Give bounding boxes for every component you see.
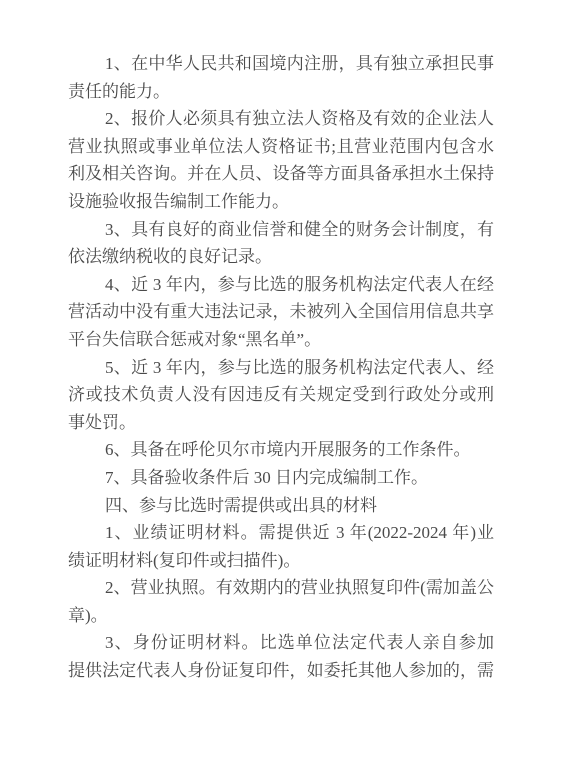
document-line: 5、近 3 年内，参与比选的服务机构法定代表人、经: [68, 354, 494, 382]
document-line: 1、在中华人民共和国境内注册，具有独立承担民事: [68, 50, 494, 78]
document-line: 依法缴纳税收的良好记录。: [68, 243, 494, 271]
document-body: 1、在中华人民共和国境内注册，具有独立承担民事责任的能力。2、报价人必须具有独立…: [68, 50, 494, 685]
document-line: 事处罚。: [68, 409, 494, 437]
document-line: 营活动中没有重大违法记录，未被列入全国信用信息共享: [68, 298, 494, 326]
document-page: 1、在中华人民共和国境内注册，具有独立承担民事责任的能力。2、报价人必须具有独立…: [0, 0, 562, 757]
document-line: 1、业绩证明材料。需提供近 3 年(2022-2024 年)业: [68, 519, 494, 547]
document-line: 绩证明材料(复印件或扫描件)。: [68, 547, 494, 575]
document-line: 2、报价人必须具有独立法人资格及有效的企业法人: [68, 105, 494, 133]
document-line: 设施验收报告编制工作能力。: [68, 188, 494, 216]
document-line: 责任的能力。: [68, 78, 494, 106]
section-heading-line: 四、参与比选时需提供或出具的材料: [68, 492, 494, 520]
document-line: 3、具有良好的商业信誉和健全的财务会计制度，有: [68, 216, 494, 244]
document-line: 平台失信联合惩戒对象“黑名单”。: [68, 326, 494, 354]
document-line: 提供法定代表人身份证复印件，如委托其他人参加的，需: [68, 657, 494, 685]
document-line: 济或技术负责人没有因违反有关规定受到行政处分或刑: [68, 381, 494, 409]
document-line: 营业执照或事业单位法人资格证书;且营业范围内包含水: [68, 133, 494, 161]
document-line: 3、身份证明材料。比选单位法定代表人亲自参加的，: [68, 629, 494, 657]
document-line: 4、近 3 年内，参与比选的服务机构法定代表人在经: [68, 271, 494, 299]
document-line: 章)。: [68, 602, 494, 630]
document-line: 6、具备在呼伦贝尔市境内开展服务的工作条件。: [68, 436, 494, 464]
document-line: 7、具备验收条件后 30 日内完成编制工作。: [68, 464, 494, 492]
document-line: 2、营业执照。有效期内的营业执照复印件(需加盖公: [68, 574, 494, 602]
document-line: 利及相关咨询。并在人员、设备等方面具备承担水土保持: [68, 160, 494, 188]
